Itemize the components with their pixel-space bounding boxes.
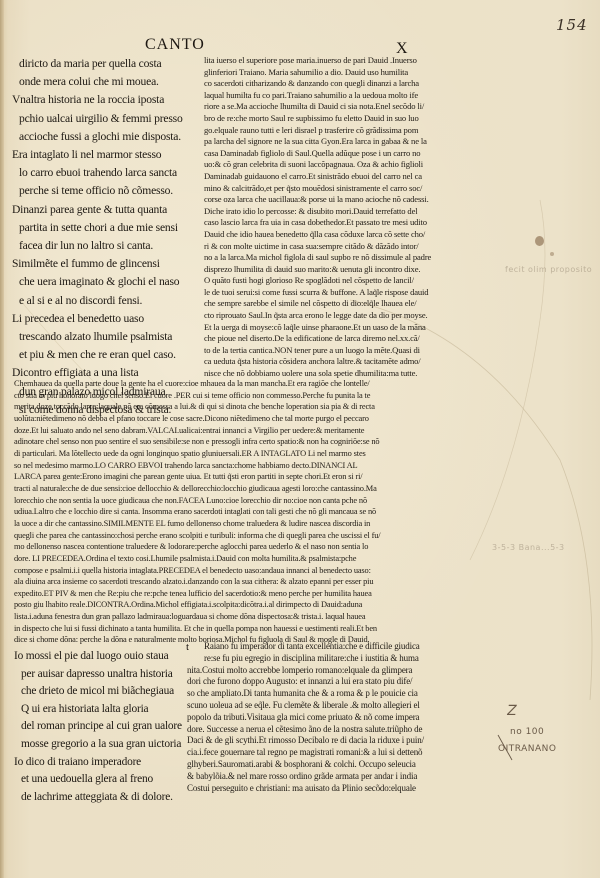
commentary-line: di particulari. Ma lõtellecto uede da og…: [14, 448, 380, 460]
commentary-line: expedito.ET PIV & men che Re:piu che re:…: [14, 588, 380, 600]
commentary-line: LARCA parea gente:Erono imagini che pare…: [14, 471, 380, 483]
verse-line: che uera imaginato & glochi el naso: [12, 273, 183, 291]
verse-line: Vnaltra historia ne la roccia iposta: [12, 91, 183, 109]
commentary-line: caso lascio larca fra uia in casa dobeth…: [204, 217, 431, 229]
verse-line: del roman principe al cui gran ualore: [14, 718, 182, 736]
commentary-line: Chemhauea da quella parte doue la gente …: [14, 378, 380, 390]
verse-line: per auisar dapresso unaltra historia: [14, 666, 182, 684]
verse-line: Q ui era historiata lalta gloria: [14, 701, 182, 719]
running-head-canto: CANTO: [145, 36, 205, 54]
commentary-column-bottom: Raiano fu imperador di tanta excellentia…: [187, 641, 424, 794]
verse-line: facea dir lun no laltro si canta.: [12, 237, 183, 255]
folio-number: 154: [556, 16, 588, 34]
verse-line: mosse gregorio a la sua gran uictoria: [14, 736, 182, 754]
commentary-line: lista.i.aduna fenestra dun gran pallazo …: [14, 611, 380, 623]
commentary-line: merita doze toccãdo larca:laquale nõ era…: [14, 401, 380, 413]
verse-line: Io mossi el pie dal luogo ouio staua: [14, 648, 182, 666]
verse-column-top: diricto da maria per quella costa onde m…: [12, 55, 183, 419]
commentary-column-top: lita iuerso el superiore pose maria.inue…: [204, 55, 431, 380]
verse-line: che drieto de micol mi biãchegiaua: [14, 683, 182, 701]
commentary-line: ala diuina arca insieme co sacerdoti tre…: [14, 576, 380, 588]
marginal-note-line-1: no 100: [510, 727, 544, 737]
commentary-line: quegli che parea che cantassino:chosi pe…: [14, 530, 380, 542]
commentary-line: so che ampliato.Di tanta humanita che & …: [187, 688, 424, 700]
verse-column-bottom: Io mossi el pie dal luogo ouio staua per…: [14, 648, 182, 806]
faded-marginal-note: 3-5-3 Bana...5-3: [492, 543, 565, 552]
commentary-line: Diche irato idio lo percosse: & disubito…: [204, 206, 431, 218]
commentary-line: la uoce a dir che cantassino.SIMILMENTE …: [14, 518, 380, 530]
commentary-line: udiua.Laltro che e locchio dire si canta…: [14, 506, 380, 518]
verse-line: lo carro ebuoi trahendo larca sancta: [12, 164, 183, 182]
verse-line: trescando alzato lhumile psalmista: [12, 328, 183, 346]
verse-line: et una uedouella glera al freno: [14, 771, 182, 789]
commentary-line: disprezo lhumilita di dauid suo marito:&…: [204, 264, 431, 276]
commentary-line: doze.Et lui saluato ando nel seno dabram…: [14, 425, 380, 437]
verse-line: e al si e al no discordi fensi.: [12, 292, 183, 310]
commentary-line: le de tuoi serui:si come fussi scurra & …: [204, 287, 431, 299]
commentary-line: mo dellonenso nascea contentione tralued…: [14, 541, 380, 553]
verse-line: Era intaglato li nel marmor stesso: [12, 146, 183, 164]
verse-line: Io dico di traiano imperadore: [14, 754, 182, 772]
book-page: 154 CANTO X diricto da maria per quella …: [0, 0, 600, 878]
commentary-line: glhyberi.Sauromati.arabi & bosphorani & …: [187, 759, 424, 771]
commentary-line: corse oza larca che uacillaua:& porse ui…: [204, 194, 431, 206]
commentary-line: Daminadab guidauono el carro.Et sinistrã…: [204, 171, 431, 183]
commentary-line: Costui perseguito e christiani: ma auisa…: [187, 783, 424, 795]
commentary-line: nita.Costui molto accrebbe lomperio roma…: [187, 665, 424, 677]
marginal-z-mark: Z: [506, 703, 519, 719]
commentary-line: co sacerdoti citharizando & danzando con…: [204, 78, 431, 90]
commentary-line: to de la tertia cantica.NON tener pure a…: [204, 345, 431, 357]
verse-line: perche si teme officio nõ cõmesso.: [12, 182, 183, 200]
verse-line: diricto da maria per quella costa: [12, 55, 183, 73]
verse-line: de lachrime atteggiata & di dolore.: [14, 789, 182, 807]
faded-marginal-note: fecit olim proposito: [505, 265, 592, 274]
commentary-line: cia.i.fece gouernare tal regno pe magist…: [187, 747, 424, 759]
commentary-line: bro de re:che morto Saul re supbissimo f…: [204, 113, 431, 125]
commentary-line: Dauid che idio hauea benedetto q̃lla cas…: [204, 229, 431, 241]
commentary-line: uo:& cõ gran celebrita di suoni laccõpag…: [204, 159, 431, 171]
commentary-line: popolo da tributi.Visitaua gla mici come…: [187, 712, 424, 724]
commentary-line: dore. Successe a nerua el cẽtesimo ãno d…: [187, 724, 424, 736]
commentary-line: so nel medesimo marmo.LO CARRO EBVOI tra…: [14, 460, 380, 472]
commentary-full-width: Chemhauea da quella parte doue la gente …: [14, 378, 380, 646]
commentary-line: go.elquale rauno tutti e leri disrael p …: [204, 125, 431, 137]
verse-line: Dinanzi parea gente & tutta quanta: [12, 201, 183, 219]
page-gutter-edge: [0, 0, 4, 878]
commentary-line: glinferiori Traiano. Maria sahumilio a d…: [204, 67, 431, 79]
commentary-line: O quãto fusti hogi glorioso Re spoglãdot…: [204, 275, 431, 287]
commentary-line: Raiano fu imperador di tanta excellentia…: [187, 641, 424, 653]
verse-line: et piu & men che re eran quel caso.: [12, 346, 183, 364]
commentary-line: Et la uerga di moyse:cõ laq̃le uinse pha…: [204, 322, 431, 334]
ink-stain: [550, 252, 554, 256]
commentary-line: re:se fu piu egregio in disciplina milit…: [187, 653, 424, 665]
commentary-line: in dispecto che lui si fussi dichinato a…: [14, 623, 380, 635]
marginal-note-line-2: OITRANANO: [498, 744, 557, 754]
commentary-line: & babylõia.& nel mare rosso ordino grãde…: [187, 771, 424, 783]
commentary-line: dori che furono doppo Augusto: et innanz…: [187, 676, 424, 688]
verse-line: onde mera colui che mi mouea.: [12, 73, 183, 91]
commentary-line: che pioue nel diserto.De la edificatione…: [204, 333, 431, 345]
commentary-line: posto giu lhabito reale.DICONTRA.Ordina.…: [14, 599, 380, 611]
commentary-line: tracti al naturale:che de due sensi:cioe…: [14, 483, 380, 495]
commentary-line: lita iuerso el superiore pose maria.inue…: [204, 55, 431, 67]
commentary-line: dore. LI PRECEDEA.Ordina el texto cosi.L…: [14, 553, 380, 565]
commentary-line: ca ueduta q̃sta historia cõsidera anchor…: [204, 356, 431, 368]
commentary-line: ri & con molte uictime in casa sua:sempr…: [204, 241, 431, 253]
verse-line: pchio ualcai uirgilio & femmi presso: [12, 110, 183, 128]
commentary-line: no a la larca.Ma michol figlola di saul …: [204, 252, 431, 264]
commentary-line: cto riprouato Saul.In q̃sta arca erono l…: [204, 310, 431, 322]
commentary-line: pa larcha del signore ne la sua citta Gy…: [204, 136, 431, 148]
verse-line: Similmẽte el fummo de glincensi: [12, 255, 183, 273]
commentary-line: Daci & de gli scythi.Et rimosso Decibalo…: [187, 735, 424, 747]
commentary-line: mino & calcitrãdo,et per q̃sto mouẽdosi …: [204, 183, 431, 195]
verse-line: partita in sette chori a due mie sensi: [12, 219, 183, 237]
verse-line: Li precedea el benedetto uaso: [12, 310, 183, 328]
commentary-line: laqual humilta fu co pari.Traiano sahumi…: [204, 90, 431, 102]
commentary-line: scuno uoleua ad se eq̃le. Fu clemẽte & l…: [187, 700, 424, 712]
commentary-line: che sempre sarebbe el simile nel cõspett…: [204, 298, 431, 310]
commentary-line: riore a se.Ma accioche lhumilta di Dauid…: [204, 101, 431, 113]
verse-line: accioche fussi a glochi mie disposta.: [12, 128, 183, 146]
commentary-line: compose e psalmi.i.i quella historia int…: [14, 565, 380, 577]
commentary-line: casa Daminadab figliolo di Saul.Quella a…: [204, 148, 431, 160]
commentary-line: uolũta:niẽtedimeno nõ debba el pfano toc…: [14, 413, 380, 425]
commentary-line: lorecchio che non sentia la uoce giudica…: [14, 495, 380, 507]
ink-stain: [535, 236, 544, 246]
commentary-line: cto stia in piu honorato luogo chel sens…: [14, 390, 380, 402]
commentary-line: adinotare chel senso non puo sentire el …: [14, 436, 380, 448]
